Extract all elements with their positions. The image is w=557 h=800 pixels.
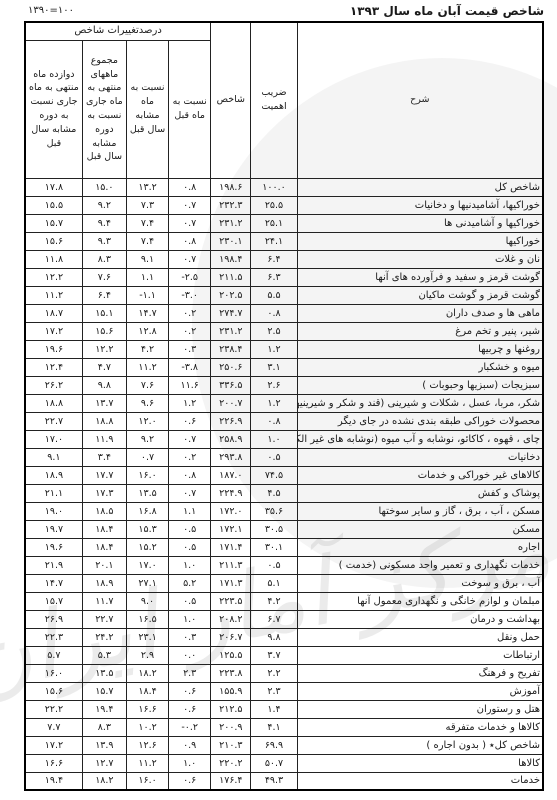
row-description: خوراکیها و آشامیدنی ها	[297, 214, 543, 232]
table-row: شکر، مربا، عسل ، شکلات و شیرینی (قند و ش…	[25, 394, 543, 412]
cell-ytd: ۱۳.۵	[82, 664, 126, 682]
cell-yoy: ۹.۱	[126, 250, 168, 268]
cell-mom: ۰.۸	[169, 232, 211, 250]
cell-weight: ۴.۱	[251, 718, 297, 736]
table-row: حمل ونقل۹.۸۲۰۶.۷۰.۳۲۳.۱۲۴.۲۲۲.۳	[25, 628, 543, 646]
cell-yoy: ۱۶.۰	[126, 772, 168, 790]
cell-twelve: ۲۱.۱	[25, 484, 82, 502]
cell-weight: ۲۵.۵	[251, 196, 297, 214]
cell-index: ۲۵۰.۶	[211, 358, 251, 376]
cell-ytd: ۲۰.۱	[82, 556, 126, 574]
cell-ytd: ۱۸.۵	[82, 502, 126, 520]
cell-mom: ۰.۷	[169, 430, 211, 448]
cell-twelve: ۹.۱	[25, 448, 82, 466]
cell-ytd: ۱۸.۸	[82, 412, 126, 430]
row-description: محصولات خوراکی طبقه بندی نشده در جای دیگ…	[297, 412, 543, 430]
cell-index: ۱۹۸.۴	[211, 250, 251, 268]
row-description: مبلمان و لوازم خانگی و نگهداری معمول آنه…	[297, 592, 543, 610]
table-row: بهداشت و درمان۶.۷۲۰۸.۲۱.۰۱۶.۵۲۲.۷۲۶.۹	[25, 610, 543, 628]
cell-ytd: ۱۸.۴	[82, 538, 126, 556]
cell-twelve: ۱۸.۷	[25, 304, 82, 322]
cell-mom: ۰.۷	[169, 250, 211, 268]
page-title: شاخص قیمت آبان ماه سال ۱۳۹۳	[350, 4, 544, 18]
row-description: سبزیجات (سبزیها وحبوبات )	[297, 376, 543, 394]
row-description: شکر، مربا، عسل ، شکلات و شیرینی (قند و ش…	[297, 394, 543, 412]
cell-yoy: -۱.۱	[126, 286, 168, 304]
table-row: ماهی ها و صدف داران۰.۸۲۷۴.۷۰.۲۱۴.۷۱۵.۱۱۸…	[25, 304, 543, 322]
row-description: کالاها	[297, 754, 543, 772]
cell-weight: ۳۵.۶	[251, 502, 297, 520]
table-row: شیر، پنیر و تخم مرغ۲.۵۲۳۱.۲۰.۲۱۲.۸۱۵.۶۱۷…	[25, 322, 543, 340]
cell-ytd: ۹.۴	[82, 214, 126, 232]
cell-ytd: ۱۱.۷	[82, 592, 126, 610]
table-row: میوه و خشکبار۳.۱۲۵۰.۶-۳.۸۱۱.۲۴.۷۱۲.۴	[25, 358, 543, 376]
row-description: نان و غلات	[297, 250, 543, 268]
cell-yoy: ۱۲.۰	[126, 412, 168, 430]
cell-yoy: ۱۰.۲	[126, 718, 168, 736]
cell-index: ۲۱۱.۵	[211, 268, 251, 286]
cell-mom: ۵.۲	[169, 574, 211, 592]
cell-weight: ۶.۷	[251, 610, 297, 628]
row-description: مسکن	[297, 520, 543, 538]
cell-index: ۲۳۱.۲	[211, 214, 251, 232]
cell-twelve: ۱۶.۶	[25, 754, 82, 772]
row-description: شاخص کل٭ ( بدون اجاره )	[297, 736, 543, 754]
cell-twelve: ۲۲.۷	[25, 412, 82, 430]
cell-yoy: ۷.۴	[126, 214, 168, 232]
cell-weight: ۳.۱	[251, 358, 297, 376]
cell-twelve: ۲۱.۹	[25, 556, 82, 574]
cell-twelve: ۱۹.۰	[25, 502, 82, 520]
cell-weight: ۱.۰	[251, 430, 297, 448]
cell-weight: ۲۴.۱	[251, 232, 297, 250]
cell-weight: ۲.۲	[251, 664, 297, 682]
cell-mom: ۰.۲	[169, 322, 211, 340]
table-body: شاخص کل۱۰۰.۰۱۹۸.۶۰.۸۱۳.۲۱۵.۰۱۷.۸خوراکیها…	[25, 178, 543, 790]
cell-index: ۲۰۰.۷	[211, 394, 251, 412]
cell-mom: -۳.۰	[169, 286, 211, 304]
cell-twelve: ۱۴.۷	[25, 574, 82, 592]
cell-ytd: ۱۸.۲	[82, 772, 126, 790]
cell-index: ۲۷۴.۷	[211, 304, 251, 322]
table-row: خدمات۴۹.۳۱۷۶.۴۰.۶۱۶.۰۱۸.۲۱۹.۴	[25, 772, 543, 790]
cell-mom: ۱.۲	[169, 394, 211, 412]
cell-index: ۲۰۸.۲	[211, 610, 251, 628]
table-header: شرح ضریب اهمیت شاخص درصدتغییرات شاخص نسب…	[25, 22, 543, 178]
row-description: تفریح و فرهنگ	[297, 664, 543, 682]
cell-twelve: ۱۱.۸	[25, 250, 82, 268]
cell-mom: ۰.۵	[169, 520, 211, 538]
cell-yoy: ۱۴.۷	[126, 304, 168, 322]
row-description: ارتباطات	[297, 646, 543, 664]
cell-index: ۱۵۵.۹	[211, 682, 251, 700]
cell-mom: ۰.۶	[169, 772, 211, 790]
table-row: خوراکیها۲۴.۱۲۳۰.۱۰.۸۷.۴۹.۳۱۵.۶	[25, 232, 543, 250]
cell-ytd: ۱۷.۷	[82, 466, 126, 484]
cell-ytd: ۱۸.۹	[82, 574, 126, 592]
cell-weight: ۳۰.۱	[251, 538, 297, 556]
row-description: خوراکیها، آشامیدنیها و دخانیات	[297, 196, 543, 214]
cell-weight: ۳.۷	[251, 646, 297, 664]
cell-yoy: ۲۳.۱	[126, 628, 168, 646]
cell-weight: ۰.۵	[251, 448, 297, 466]
cell-twelve: ۲۶.۹	[25, 610, 82, 628]
cell-twelve: ۷.۷	[25, 718, 82, 736]
table-row: دخانیات۰.۵۲۹۳.۸۰.۲۰.۷۳.۴۹.۱	[25, 448, 543, 466]
cell-mom: ۱.۱	[169, 502, 211, 520]
cell-twelve: ۵.۷	[25, 646, 82, 664]
cell-weight: ۲.۵	[251, 322, 297, 340]
row-description: گوشت قرمز و گوشت ماکیان	[297, 286, 543, 304]
cell-mom: ۱.۰	[169, 556, 211, 574]
cell-weight: ۴۹.۳	[251, 772, 297, 790]
cell-weight: ۶.۴	[251, 250, 297, 268]
cell-ytd: ۹.۲	[82, 196, 126, 214]
table-row: مبلمان و لوازم خانگی و نگهداری معمول آنه…	[25, 592, 543, 610]
cell-yoy: ۷.۳	[126, 196, 168, 214]
row-description: حمل ونقل	[297, 628, 543, 646]
cell-weight: ۴.۵	[251, 484, 297, 502]
cell-weight: ۲.۶	[251, 376, 297, 394]
cell-mom: ۰.۶	[169, 412, 211, 430]
row-description: آب ، برق و سوخت	[297, 574, 543, 592]
cell-index: ۱۹۸.۶	[211, 178, 251, 196]
col-header-description: شرح	[297, 22, 543, 178]
cell-twelve: ۱۹.۴	[25, 772, 82, 790]
col-header-index: شاخص	[211, 22, 251, 178]
table-row: روغنها و چربیها۱.۲۲۳۸.۴۰.۳۴.۲۱۲.۲۱۹.۶	[25, 340, 543, 358]
cell-index: ۱۲۵.۵	[211, 646, 251, 664]
cell-index: ۲۲۴.۹	[211, 484, 251, 502]
cell-index: ۲۵۸.۹	[211, 430, 251, 448]
cell-mom: ۰.۷	[169, 484, 211, 502]
cell-twelve: ۱۲.۲	[25, 268, 82, 286]
cell-twelve: ۱۵.۷	[25, 214, 82, 232]
cell-twelve: ۲۲.۳	[25, 628, 82, 646]
table-row: شاخص کل٭ ( بدون اجاره )۶۹.۹۲۱۰.۳۰.۹۱۲.۶۱…	[25, 736, 543, 754]
cell-weight: ۰.۵	[251, 556, 297, 574]
cell-index: ۲۲۰.۲	[211, 754, 251, 772]
cell-index: ۲۰۰.۹	[211, 718, 251, 736]
cell-yoy: ۱۶.۰	[126, 466, 168, 484]
report-page: مرکز آمار ایران شاخص قیمت آبان ماه سال ۱…	[0, 0, 557, 800]
cell-yoy: ۷.۶	[126, 376, 168, 394]
cell-weight: ۱.۴	[251, 700, 297, 718]
cell-twelve: ۱۷.۲	[25, 736, 82, 754]
cell-mom: ۰.۹	[169, 736, 211, 754]
cell-yoy: ۱۱.۲	[126, 358, 168, 376]
cell-twelve: ۱۵.۵	[25, 196, 82, 214]
cell-mom: ۰.۳	[169, 628, 211, 646]
cell-mom: ۰.۵	[169, 592, 211, 610]
cell-weight: ۵۰.۷	[251, 754, 297, 772]
cell-weight: ۱.۲	[251, 340, 297, 358]
cell-twelve: ۱۵.۷	[25, 592, 82, 610]
cell-yoy: ۱۱.۲	[126, 754, 168, 772]
cell-index: ۲۰۶.۷	[211, 628, 251, 646]
table-row: آموزش۲.۳۱۵۵.۹۰.۶۱۸.۴۱۵.۷۱۵.۶	[25, 682, 543, 700]
row-description: ماهی ها و صدف داران	[297, 304, 543, 322]
cell-twelve: ۱۲.۴	[25, 358, 82, 376]
cell-yoy: ۷.۴	[126, 232, 168, 250]
cell-mom: -۲.۵	[169, 268, 211, 286]
cell-yoy: ۱۵.۳	[126, 520, 168, 538]
row-description: مسکن ، آب ، برق ، گاز و سایر سوختها	[297, 502, 543, 520]
cell-index: ۱۷۶.۴	[211, 772, 251, 790]
cell-weight: ۱.۲	[251, 394, 297, 412]
row-description: خدمات نگهداری و تعمیر واحد مسکونی (خدمت …	[297, 556, 543, 574]
row-description: بهداشت و درمان	[297, 610, 543, 628]
cell-weight: ۴.۲	[251, 592, 297, 610]
table-row: تفریح و فرهنگ۲.۲۲۲۳.۸۲.۳۱۸.۲۱۳.۵۱۶.۰	[25, 664, 543, 682]
cell-index: ۲۹۳.۸	[211, 448, 251, 466]
row-description: هتل و رستوران	[297, 700, 543, 718]
cell-index: ۲۲۳.۸	[211, 664, 251, 682]
cell-yoy: ۴.۲	[126, 340, 168, 358]
cell-mom: ۰.۲	[169, 448, 211, 466]
row-description: شاخص کل	[297, 178, 543, 196]
cell-mom: ۱.۰	[169, 610, 211, 628]
cell-twelve: ۱۵.۶	[25, 682, 82, 700]
cell-ytd: ۱۲.۷	[82, 754, 126, 772]
cell-yoy: ۰.۷	[126, 448, 168, 466]
cell-index: ۱۸۷.۰	[211, 466, 251, 484]
table-row: کالاهای غیر خوراکی و خدمات۷۴.۵۱۸۷.۰۰.۸۱۶…	[25, 466, 543, 484]
cell-mom: ۰.۰	[169, 646, 211, 664]
col-header-month-over-month: نسبت به ماه قبل	[169, 40, 211, 178]
table-row: کالاها۵۰.۷۲۲۰.۲۱.۰۱۱.۲۱۲.۷۱۶.۶	[25, 754, 543, 772]
cell-index: ۲۲۶.۹	[211, 412, 251, 430]
row-description: کالاها و خدمات متفرقه	[297, 718, 543, 736]
cell-ytd: ۴.۷	[82, 358, 126, 376]
cell-mom: -۳.۸	[169, 358, 211, 376]
cell-ytd: ۱۹.۴	[82, 700, 126, 718]
cell-twelve: ۱۹.۶	[25, 340, 82, 358]
cell-index: ۱۷۲.۰	[211, 502, 251, 520]
cell-yoy: ۱۸.۲	[126, 664, 168, 682]
cell-ytd: ۱۳.۷	[82, 394, 126, 412]
cell-mom: ۱.۰	[169, 754, 211, 772]
table-row: کالاها و خدمات متفرقه۴.۱۲۰۰.۹-۰.۲۱۰.۲۸.۳…	[25, 718, 543, 736]
cell-weight: ۰.۸	[251, 412, 297, 430]
cell-yoy: ۱۶.۶	[126, 700, 168, 718]
cell-yoy: ۱.۱	[126, 268, 168, 286]
cell-weight: ۶.۳	[251, 268, 297, 286]
cell-twelve: ۱۶.۰	[25, 664, 82, 682]
cell-mom: ۰.۶	[169, 700, 211, 718]
cell-yoy: ۱۸.۴	[126, 682, 168, 700]
cell-twelve: ۱۷.۲	[25, 322, 82, 340]
cell-weight: ۲۵.۱	[251, 214, 297, 232]
cell-yoy: ۱۶.۵	[126, 610, 168, 628]
cell-twelve: ۱۱.۲	[25, 286, 82, 304]
table-row: خوراکیها، آشامیدنیها و دخانیات۲۵.۵۲۳۲.۳۰…	[25, 196, 543, 214]
cell-index: ۲۲۳.۵	[211, 592, 251, 610]
row-description: خدمات	[297, 772, 543, 790]
cell-ytd: ۱۸.۴	[82, 520, 126, 538]
table-row: نان و غلات۶.۴۱۹۸.۴۰.۷۹.۱۸.۳۱۱.۸	[25, 250, 543, 268]
cell-ytd: ۱۵.۰	[82, 178, 126, 196]
table-row: سبزیجات (سبزیها وحبوبات )۲.۶۳۳۶.۵۱۱.۶۷.۶…	[25, 376, 543, 394]
row-description: دخانیات	[297, 448, 543, 466]
table-row: هتل و رستوران۱.۴۲۱۲.۵۰.۶۱۶.۶۱۹.۴۲۲.۲	[25, 700, 543, 718]
row-description: شیر، پنیر و تخم مرغ	[297, 322, 543, 340]
cell-index: ۲۱۰.۳	[211, 736, 251, 754]
cell-index: ۱۷۱.۳	[211, 574, 251, 592]
cell-ytd: ۵.۳	[82, 646, 126, 664]
cell-yoy: ۱۲.۶	[126, 736, 168, 754]
table-row: آب ، برق و سوخت۵.۱۱۷۱.۳۵.۲۲۷.۱۱۸.۹۱۴.۷	[25, 574, 543, 592]
cell-twelve: ۱۵.۶	[25, 232, 82, 250]
row-description: پوشاک و کفش	[297, 484, 543, 502]
cell-mom: ۰.۵	[169, 538, 211, 556]
cell-mom: -۰.۲	[169, 718, 211, 736]
row-description: چای ، قهوه ، کاکائو، نوشابه و آب میوه (ن…	[297, 430, 543, 448]
table-row: محصولات خوراکی طبقه بندی نشده در جای دیگ…	[25, 412, 543, 430]
cell-twelve: ۱۸.۸	[25, 394, 82, 412]
cell-index: ۲۱۲.۵	[211, 700, 251, 718]
table-row: مسکن۳۰.۵۱۷۲.۱۰.۵۱۵.۳۱۸.۴۱۹.۷	[25, 520, 543, 538]
cell-twelve: ۱۷.۸	[25, 178, 82, 196]
cell-twelve: ۲۲.۲	[25, 700, 82, 718]
cell-twelve: ۲۶.۲	[25, 376, 82, 394]
cell-yoy: ۹.۲	[126, 430, 168, 448]
cell-ytd: ۲۲.۷	[82, 610, 126, 628]
base-index-note: ۱۳۹۰=۱۰۰	[28, 5, 74, 16]
cell-index: ۳۳۶.۵	[211, 376, 251, 394]
cell-mom: ۰.۸	[169, 178, 211, 196]
col-header-twelve-month: دوازده ماه منتهی به ماه جاری نسبت به دور…	[25, 40, 82, 178]
col-header-year-over-year: نسبت به ماه مشابه سال قبل	[126, 40, 168, 178]
col-header-cumulative: مجموع ماههای منتهی به ماه جاری نسبت به د…	[82, 40, 126, 178]
row-description: کالاهای غیر خوراکی و خدمات	[297, 466, 543, 484]
cell-yoy: ۱۵.۲	[126, 538, 168, 556]
cell-weight: ۰.۸	[251, 304, 297, 322]
cell-ytd: ۲۴.۲	[82, 628, 126, 646]
cell-yoy: ۲.۹	[126, 646, 168, 664]
cell-ytd: ۱۵.۶	[82, 322, 126, 340]
cell-ytd: ۱۲.۲	[82, 340, 126, 358]
cell-yoy: ۱۳.۵	[126, 484, 168, 502]
cell-ytd: ۱۳.۹	[82, 736, 126, 754]
cell-mom: ۰.۳	[169, 340, 211, 358]
cell-weight: ۹.۸	[251, 628, 297, 646]
cell-index: ۱۷۱.۴	[211, 538, 251, 556]
cell-yoy: ۲۷.۱	[126, 574, 168, 592]
cell-mom: ۱۱.۶	[169, 376, 211, 394]
row-description: خوراکیها	[297, 232, 543, 250]
cell-ytd: ۱۵.۷	[82, 682, 126, 700]
cell-weight: ۵.۱	[251, 574, 297, 592]
cell-ytd: ۹.۳	[82, 232, 126, 250]
row-description: گوشت قرمز و سفید و فرآورده های آنها	[297, 268, 543, 286]
cell-index: ۲۳۸.۴	[211, 340, 251, 358]
cell-ytd: ۸.۳	[82, 250, 126, 268]
cell-ytd: ۸.۳	[82, 718, 126, 736]
cell-weight: ۷۴.۵	[251, 466, 297, 484]
cell-yoy: ۱۳.۲	[126, 178, 168, 196]
group-header-percent-changes: درصدتغییرات شاخص	[25, 22, 211, 40]
cell-ytd: ۹.۸	[82, 376, 126, 394]
cell-weight: ۲.۳	[251, 682, 297, 700]
cell-weight: ۶۹.۹	[251, 736, 297, 754]
table-row: اجاره۳۰.۱۱۷۱.۴۰.۵۱۵.۲۱۸.۴۱۹.۶	[25, 538, 543, 556]
cell-ytd: ۱۵.۱	[82, 304, 126, 322]
cell-twelve: ۱۸.۹	[25, 466, 82, 484]
cell-index: ۲۱۱.۳	[211, 556, 251, 574]
cell-mom: ۰.۷	[169, 214, 211, 232]
table-row: چای ، قهوه ، کاکائو، نوشابه و آب میوه (ن…	[25, 430, 543, 448]
cell-yoy: ۱۶.۸	[126, 502, 168, 520]
cell-index: ۲۰۲.۵	[211, 286, 251, 304]
row-description: آموزش	[297, 682, 543, 700]
table-row: شاخص کل۱۰۰.۰۱۹۸.۶۰.۸۱۳.۲۱۵.۰۱۷.۸	[25, 178, 543, 196]
cell-yoy: ۹.۰	[126, 592, 168, 610]
cell-mom: ۰.۷	[169, 196, 211, 214]
price-index-table: شرح ضریب اهمیت شاخص درصدتغییرات شاخص نسب…	[24, 21, 544, 791]
row-description: میوه و خشکبار	[297, 358, 543, 376]
table-row: خدمات نگهداری و تعمیر واحد مسکونی (خدمت …	[25, 556, 543, 574]
col-header-weight: ضریب اهمیت	[251, 22, 297, 178]
cell-mom: ۰.۸	[169, 466, 211, 484]
table-row: خوراکیها و آشامیدنی ها۲۵.۱۲۳۱.۲۰.۷۷.۴۹.۴…	[25, 214, 543, 232]
cell-weight: ۳۰.۵	[251, 520, 297, 538]
cell-yoy: ۱۲.۸	[126, 322, 168, 340]
table-row: مسکن ، آب ، برق ، گاز و سایر سوختها۳۵.۶۱…	[25, 502, 543, 520]
table-row: گوشت قرمز و گوشت ماکیان۵.۵۲۰۲.۵-۳.۰-۱.۱۶…	[25, 286, 543, 304]
row-description: اجاره	[297, 538, 543, 556]
table-row: پوشاک و کفش۴.۵۲۲۴.۹۰.۷۱۳.۵۱۷.۳۲۱.۱	[25, 484, 543, 502]
cell-ytd: ۱۷.۳	[82, 484, 126, 502]
row-description: روغنها و چربیها	[297, 340, 543, 358]
cell-ytd: ۷.۶	[82, 268, 126, 286]
table-row: ارتباطات۳.۷۱۲۵.۵۰.۰۲.۹۵.۳۵.۷	[25, 646, 543, 664]
cell-weight: ۱۰۰.۰	[251, 178, 297, 196]
cell-index: ۲۳۰.۱	[211, 232, 251, 250]
cell-mom: ۰.۲	[169, 304, 211, 322]
cell-ytd: ۳.۴	[82, 448, 126, 466]
cell-yoy: ۹.۶	[126, 394, 168, 412]
cell-twelve: ۱۹.۶	[25, 538, 82, 556]
cell-ytd: ۶.۴	[82, 286, 126, 304]
cell-yoy: ۱۷.۰	[126, 556, 168, 574]
cell-index: ۲۳۱.۲	[211, 322, 251, 340]
cell-index: ۱۷۲.۱	[211, 520, 251, 538]
cell-weight: ۵.۵	[251, 286, 297, 304]
cell-twelve: ۱۹.۷	[25, 520, 82, 538]
cell-twelve: ۱۷.۰	[25, 430, 82, 448]
cell-mom: ۲.۳	[169, 664, 211, 682]
cell-ytd: ۱۱.۹	[82, 430, 126, 448]
cell-mom: ۰.۶	[169, 682, 211, 700]
table-row: گوشت قرمز و سفید و فرآورده های آنها۶.۳۲۱…	[25, 268, 543, 286]
cell-index: ۲۳۲.۳	[211, 196, 251, 214]
